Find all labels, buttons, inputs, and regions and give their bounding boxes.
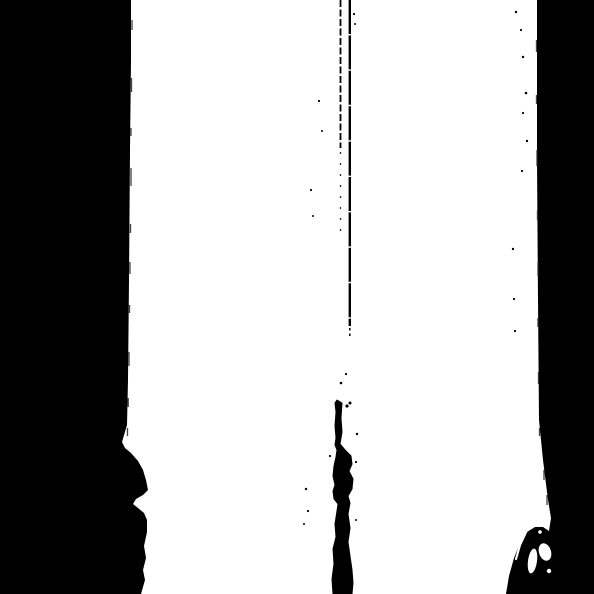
noise-dot xyxy=(329,455,331,457)
noise-dot xyxy=(349,402,352,405)
noise-dot xyxy=(525,92,528,95)
white-panel-region xyxy=(122,0,551,594)
noise-dot xyxy=(353,13,355,15)
noise-dot xyxy=(526,140,528,142)
noise-dot xyxy=(521,170,523,172)
noise-dot xyxy=(515,11,517,13)
noise-dot xyxy=(522,56,524,58)
noise-dot xyxy=(512,248,514,250)
noise-dot xyxy=(340,382,343,385)
noise-dot xyxy=(355,519,357,521)
noise-dot xyxy=(354,23,356,25)
noise-dot xyxy=(514,330,516,332)
noise-dot xyxy=(520,29,522,31)
binarized-image xyxy=(0,0,594,594)
noise-dot xyxy=(303,523,305,525)
foot-highlight-hole xyxy=(538,530,542,534)
noise-dot xyxy=(321,130,323,132)
noise-dot xyxy=(318,100,320,102)
noise-dot xyxy=(356,433,358,435)
foot-highlight-hole xyxy=(547,569,551,573)
binarized-image-canvas xyxy=(0,0,594,594)
noise-dot xyxy=(345,373,347,375)
noise-dot xyxy=(345,404,348,407)
noise-dot xyxy=(513,298,515,300)
noise-dot xyxy=(307,510,309,512)
noise-dot xyxy=(312,215,314,217)
noise-dot xyxy=(305,488,307,490)
noise-dot xyxy=(310,189,312,191)
noise-dot xyxy=(522,112,524,114)
noise-dot xyxy=(355,461,357,463)
